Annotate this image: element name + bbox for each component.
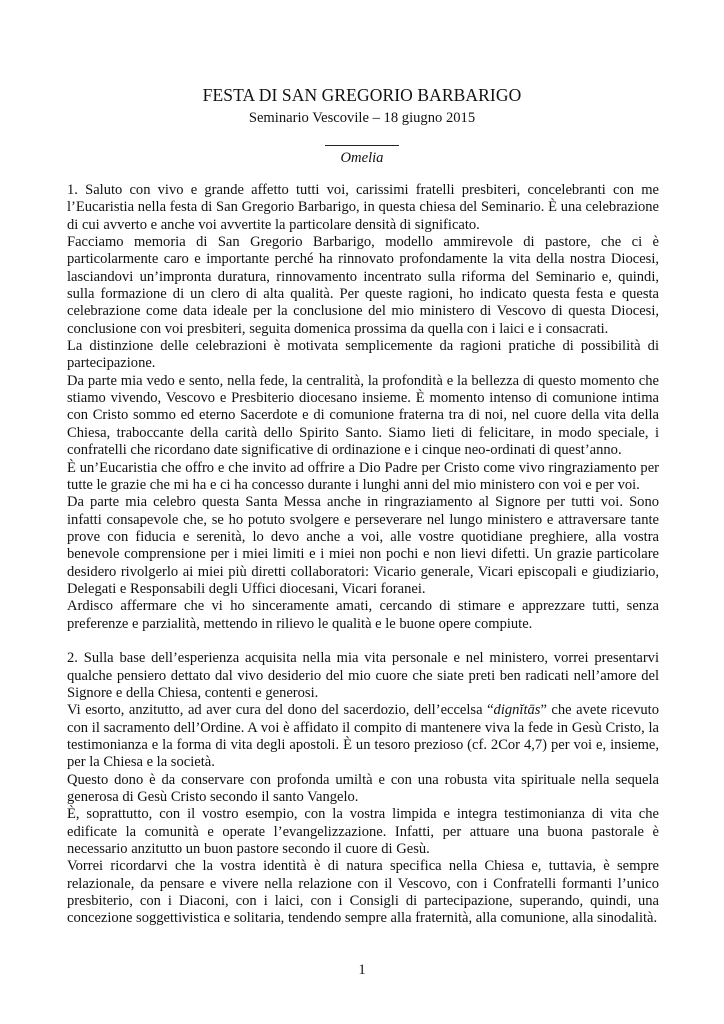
- document-subtitle: Seminario Vescovile – 18 giugno 2015: [0, 109, 724, 127]
- paragraph-8: 2. Sulla base dell’esperienza acquisita …: [67, 650, 659, 702]
- paragraph-12: Vorrei ricordarvi che la vostra identità…: [67, 858, 659, 927]
- paragraph-9-before: Vi esorto, anzitutto, ad aver cura del d…: [67, 702, 494, 718]
- section-label: Omelia: [0, 149, 724, 167]
- paragraph-4: Da parte mia vedo e sento, nella fede, l…: [67, 373, 659, 460]
- paragraph-10: Questo dono è da conservare con profonda…: [67, 772, 659, 807]
- paragraph-2: Facciamo memoria di San Gregorio Barbari…: [67, 234, 659, 338]
- paragraph-6: Da parte mia celebro questa Santa Messa …: [67, 494, 659, 598]
- paragraph-5: È un’Eucaristia che offro e che invito a…: [67, 460, 659, 495]
- separator-line: [325, 145, 399, 146]
- document-page: FESTA DI SAN GREGORIO BARBARIGO Seminari…: [0, 0, 724, 1024]
- paragraph-3: La distinzione delle celebrazioni è moti…: [67, 338, 659, 373]
- paragraph-11: È, soprattutto, con il vostro esempio, c…: [67, 806, 659, 858]
- paragraph-1: 1. Saluto con vivo e grande affetto tutt…: [67, 182, 659, 234]
- page-number: 1: [0, 961, 724, 979]
- paragraph-7: Ardisco affermare che vi ho sinceramente…: [67, 598, 659, 633]
- latin-term: dignĭtās: [494, 702, 541, 718]
- paragraph-9: Vi esorto, anzitutto, ad aver cura del d…: [67, 702, 659, 771]
- document-title: FESTA DI SAN GREGORIO BARBARIGO: [0, 85, 724, 105]
- document-body: 1. Saluto con vivo e grande affetto tutt…: [67, 182, 659, 928]
